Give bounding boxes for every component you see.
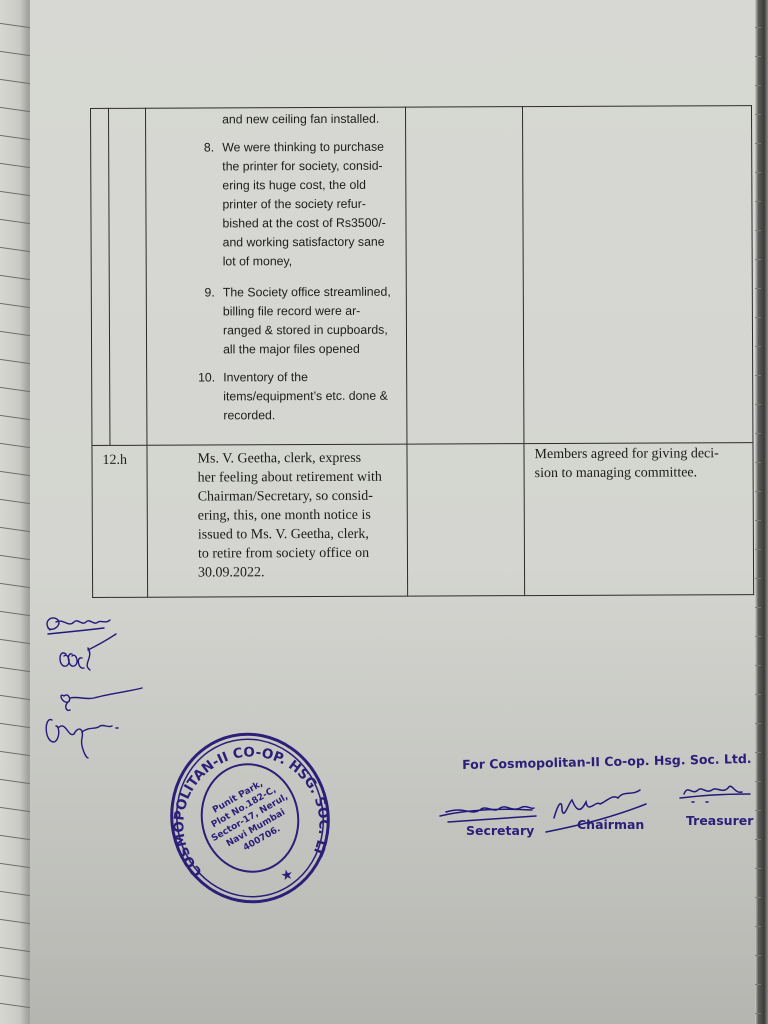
page-edge-tick — [755, 868, 761, 869]
page-edge-tick — [755, 926, 761, 927]
star-icon: ★ — [279, 865, 295, 883]
serial-cell — [91, 108, 110, 445]
binder-tick — [0, 975, 30, 980]
page-edge-tick — [755, 433, 761, 434]
binder-tick — [0, 303, 30, 308]
page-edge-tick — [755, 984, 761, 985]
page-edge-tick — [755, 752, 761, 753]
binder-tick — [0, 219, 30, 224]
page-edge-tick — [755, 201, 761, 202]
page-edge-tick — [755, 172, 761, 173]
binder-tick — [0, 107, 30, 112]
page-stack-edge — [755, 0, 768, 1024]
binder-tick — [0, 387, 30, 392]
page-edge-tick — [755, 636, 761, 637]
page-edge-tick — [755, 694, 761, 695]
binder-tick — [0, 947, 30, 952]
chairman-label: Chairman — [577, 817, 644, 832]
binder-tick — [0, 667, 30, 672]
page-edge-tick — [755, 56, 761, 57]
binder-tick — [0, 275, 30, 280]
item-text: We were thinking to purchase the printer… — [222, 138, 386, 272]
page-edge-tick — [755, 317, 761, 318]
remarks-cell — [407, 444, 525, 597]
page-edge-tick — [755, 723, 761, 724]
item-number: 10. — [191, 368, 223, 425]
society-stamp: COSMOPOLITAN-II CO-OP. HSG. SOC. LTD. Pu… — [168, 728, 333, 908]
page-edge-tick — [755, 462, 761, 463]
binder-tick — [0, 891, 30, 896]
item-text: Inventory of the items/equipment’s etc. … — [223, 368, 388, 426]
page-edge-tick — [755, 549, 761, 550]
continuation-text: and new ceiling fan installed. — [222, 110, 405, 130]
binder-tick — [0, 415, 30, 420]
description-cell: Ms. V. Geetha, clerk, express her feelin… — [147, 444, 408, 597]
page-edge-tick — [755, 1013, 761, 1014]
binder-tick — [0, 359, 30, 364]
page-edge-tick — [755, 839, 761, 840]
binder-tick — [0, 1003, 30, 1008]
binder-tick — [0, 191, 30, 196]
description-cell: and new ceiling fan installed. 8. We wer… — [146, 107, 407, 445]
resolution-cell: Members agreed for giving deci- sion to … — [524, 443, 754, 596]
binder-tick — [0, 331, 30, 336]
page-edge-tick — [755, 520, 761, 521]
page-edge-tick — [755, 897, 761, 898]
page-edge-tick — [755, 230, 761, 231]
binder-tick — [0, 247, 30, 252]
page-edge-tick — [755, 346, 761, 347]
item-text: The Society office streamlined, billing … — [223, 283, 391, 360]
binder-tick — [0, 863, 30, 868]
list-item: 10. Inventory of the items/equipment’s e… — [191, 368, 406, 426]
item-code: 12.h — [92, 445, 148, 597]
binder-tick — [0, 723, 30, 728]
binder-tick — [0, 23, 30, 28]
binder-tick — [0, 807, 30, 812]
page-edge-tick — [755, 259, 761, 260]
page-edge-tick — [755, 143, 761, 144]
treasurer-label: Treasurer — [686, 813, 753, 828]
page-edge-tick — [755, 665, 761, 666]
page-edge-tick — [755, 85, 761, 86]
binder-tick — [0, 779, 30, 784]
page-edge-tick — [755, 578, 761, 579]
table-row: and new ceiling fan installed. 8. We wer… — [91, 106, 753, 446]
binder-tick — [0, 751, 30, 756]
binder-tick — [0, 499, 30, 504]
page-edge-tick — [755, 375, 761, 376]
binder-tick — [0, 471, 30, 476]
minutes-table: and new ceiling fan installed. 8. We wer… — [90, 105, 754, 598]
binder-tick — [0, 835, 30, 840]
binder-tick — [0, 443, 30, 448]
item-number: 8. — [190, 138, 223, 271]
binder-tick — [0, 695, 30, 700]
binder-tick — [0, 919, 30, 924]
binder-tick — [0, 639, 30, 644]
page-edge-tick — [755, 955, 761, 956]
binder-tick — [0, 583, 30, 588]
binder-tick — [0, 135, 30, 140]
page-edge-tick — [755, 114, 761, 115]
binder-tick — [0, 163, 30, 168]
page-edge-tick — [755, 491, 761, 492]
binder-tick — [0, 527, 30, 532]
resolution-cell — [522, 106, 752, 444]
committee-member-signatures — [38, 608, 158, 768]
page-edge-tick — [755, 27, 761, 28]
binder-tick — [0, 79, 30, 84]
binder-tick — [0, 555, 30, 560]
code-cell — [109, 108, 147, 445]
list-item: 9. The Society office streamlined, billi… — [191, 283, 406, 360]
remarks-cell — [405, 107, 523, 445]
list-item: 8. We were thinking to purchase the prin… — [190, 138, 406, 272]
binder-tick — [0, 51, 30, 56]
page-edge-tick — [755, 404, 761, 405]
secretary-label: Secretary — [466, 823, 534, 838]
table-row: 12.h Ms. V. Geetha, clerk, express her f… — [92, 443, 754, 598]
page-edge-tick — [755, 607, 761, 608]
page-edge-tick — [755, 288, 761, 289]
binder-tick — [0, 611, 30, 616]
item-number: 9. — [191, 283, 223, 359]
